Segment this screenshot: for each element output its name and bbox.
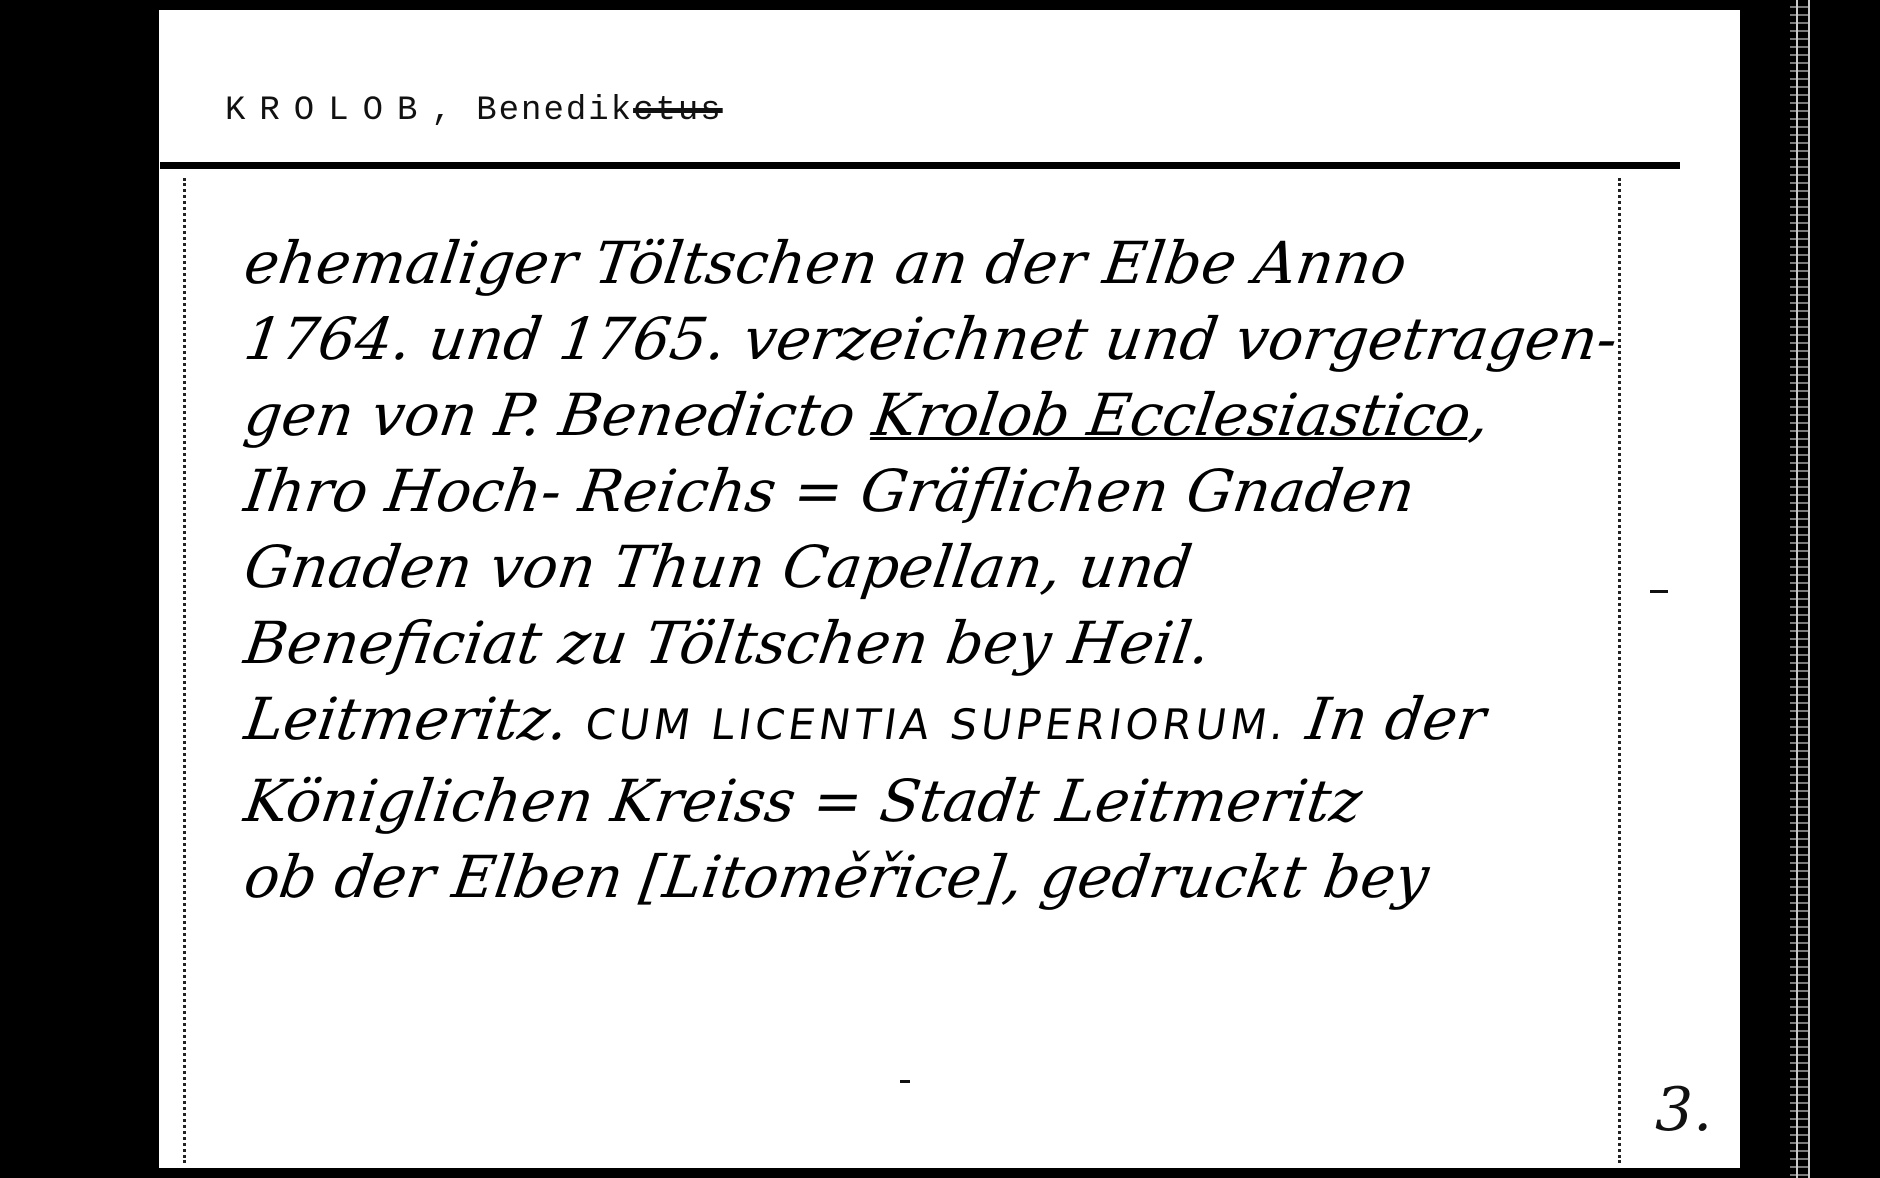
body-line: ehemaliger Töltschen an der Elbe Anno <box>240 225 1621 301</box>
body-line: 1764. und 1765. verzeichnet und vorgetra… <box>240 301 1621 377</box>
body-line: Gnaden von Thun Capellan, und <box>240 529 1621 605</box>
body-line: ob der Elben [Litoměřice], gedruckt bey <box>240 839 1621 915</box>
given-name: Benedikctus <box>476 92 722 130</box>
page-number: 3. <box>1655 1075 1712 1145</box>
film-edge-line <box>1796 0 1798 1178</box>
header-separator: , <box>431 92 453 130</box>
body-line: gen von P. Benedicto Krolob Ecclesiastic… <box>240 377 1621 453</box>
surname: KROLOB <box>225 92 431 130</box>
card-left-edge <box>155 10 159 1172</box>
film-edge-line <box>1808 0 1810 1178</box>
imprimatur-caps: CUM LICENTIA SUPERIORUM. <box>582 700 1291 749</box>
underlined-name: Krolob Ecclesiastico <box>869 381 1476 449</box>
body-line: Königlichen Kreiss = Stadt Leitmeritz <box>240 763 1621 839</box>
margin-dash <box>1650 590 1668 593</box>
given-name-correction: k <box>611 92 633 130</box>
given-name-kept: Benedi <box>476 92 610 130</box>
card-bottom-edge <box>155 1168 1740 1178</box>
header-rule <box>160 162 1680 169</box>
film-edge <box>1790 0 1810 1178</box>
body-line: Beneficiat zu Töltschen bey Heil. <box>240 605 1621 681</box>
card-header: KROLOB, Benedikctus <box>225 92 723 130</box>
body-line: Ihro Hoch- Reichs = Gräflichen Gnaden <box>240 453 1621 529</box>
left-margin-dotted-line <box>183 178 186 1163</box>
body-line: Leitmeritz. CUM LICENTIA SUPERIORUM. In … <box>239 681 1621 763</box>
handwritten-transcription: ehemaliger Töltschen an der Elbe Anno 17… <box>245 225 1615 915</box>
given-name-struck: ctus <box>633 92 723 130</box>
stray-mark <box>900 1080 910 1083</box>
